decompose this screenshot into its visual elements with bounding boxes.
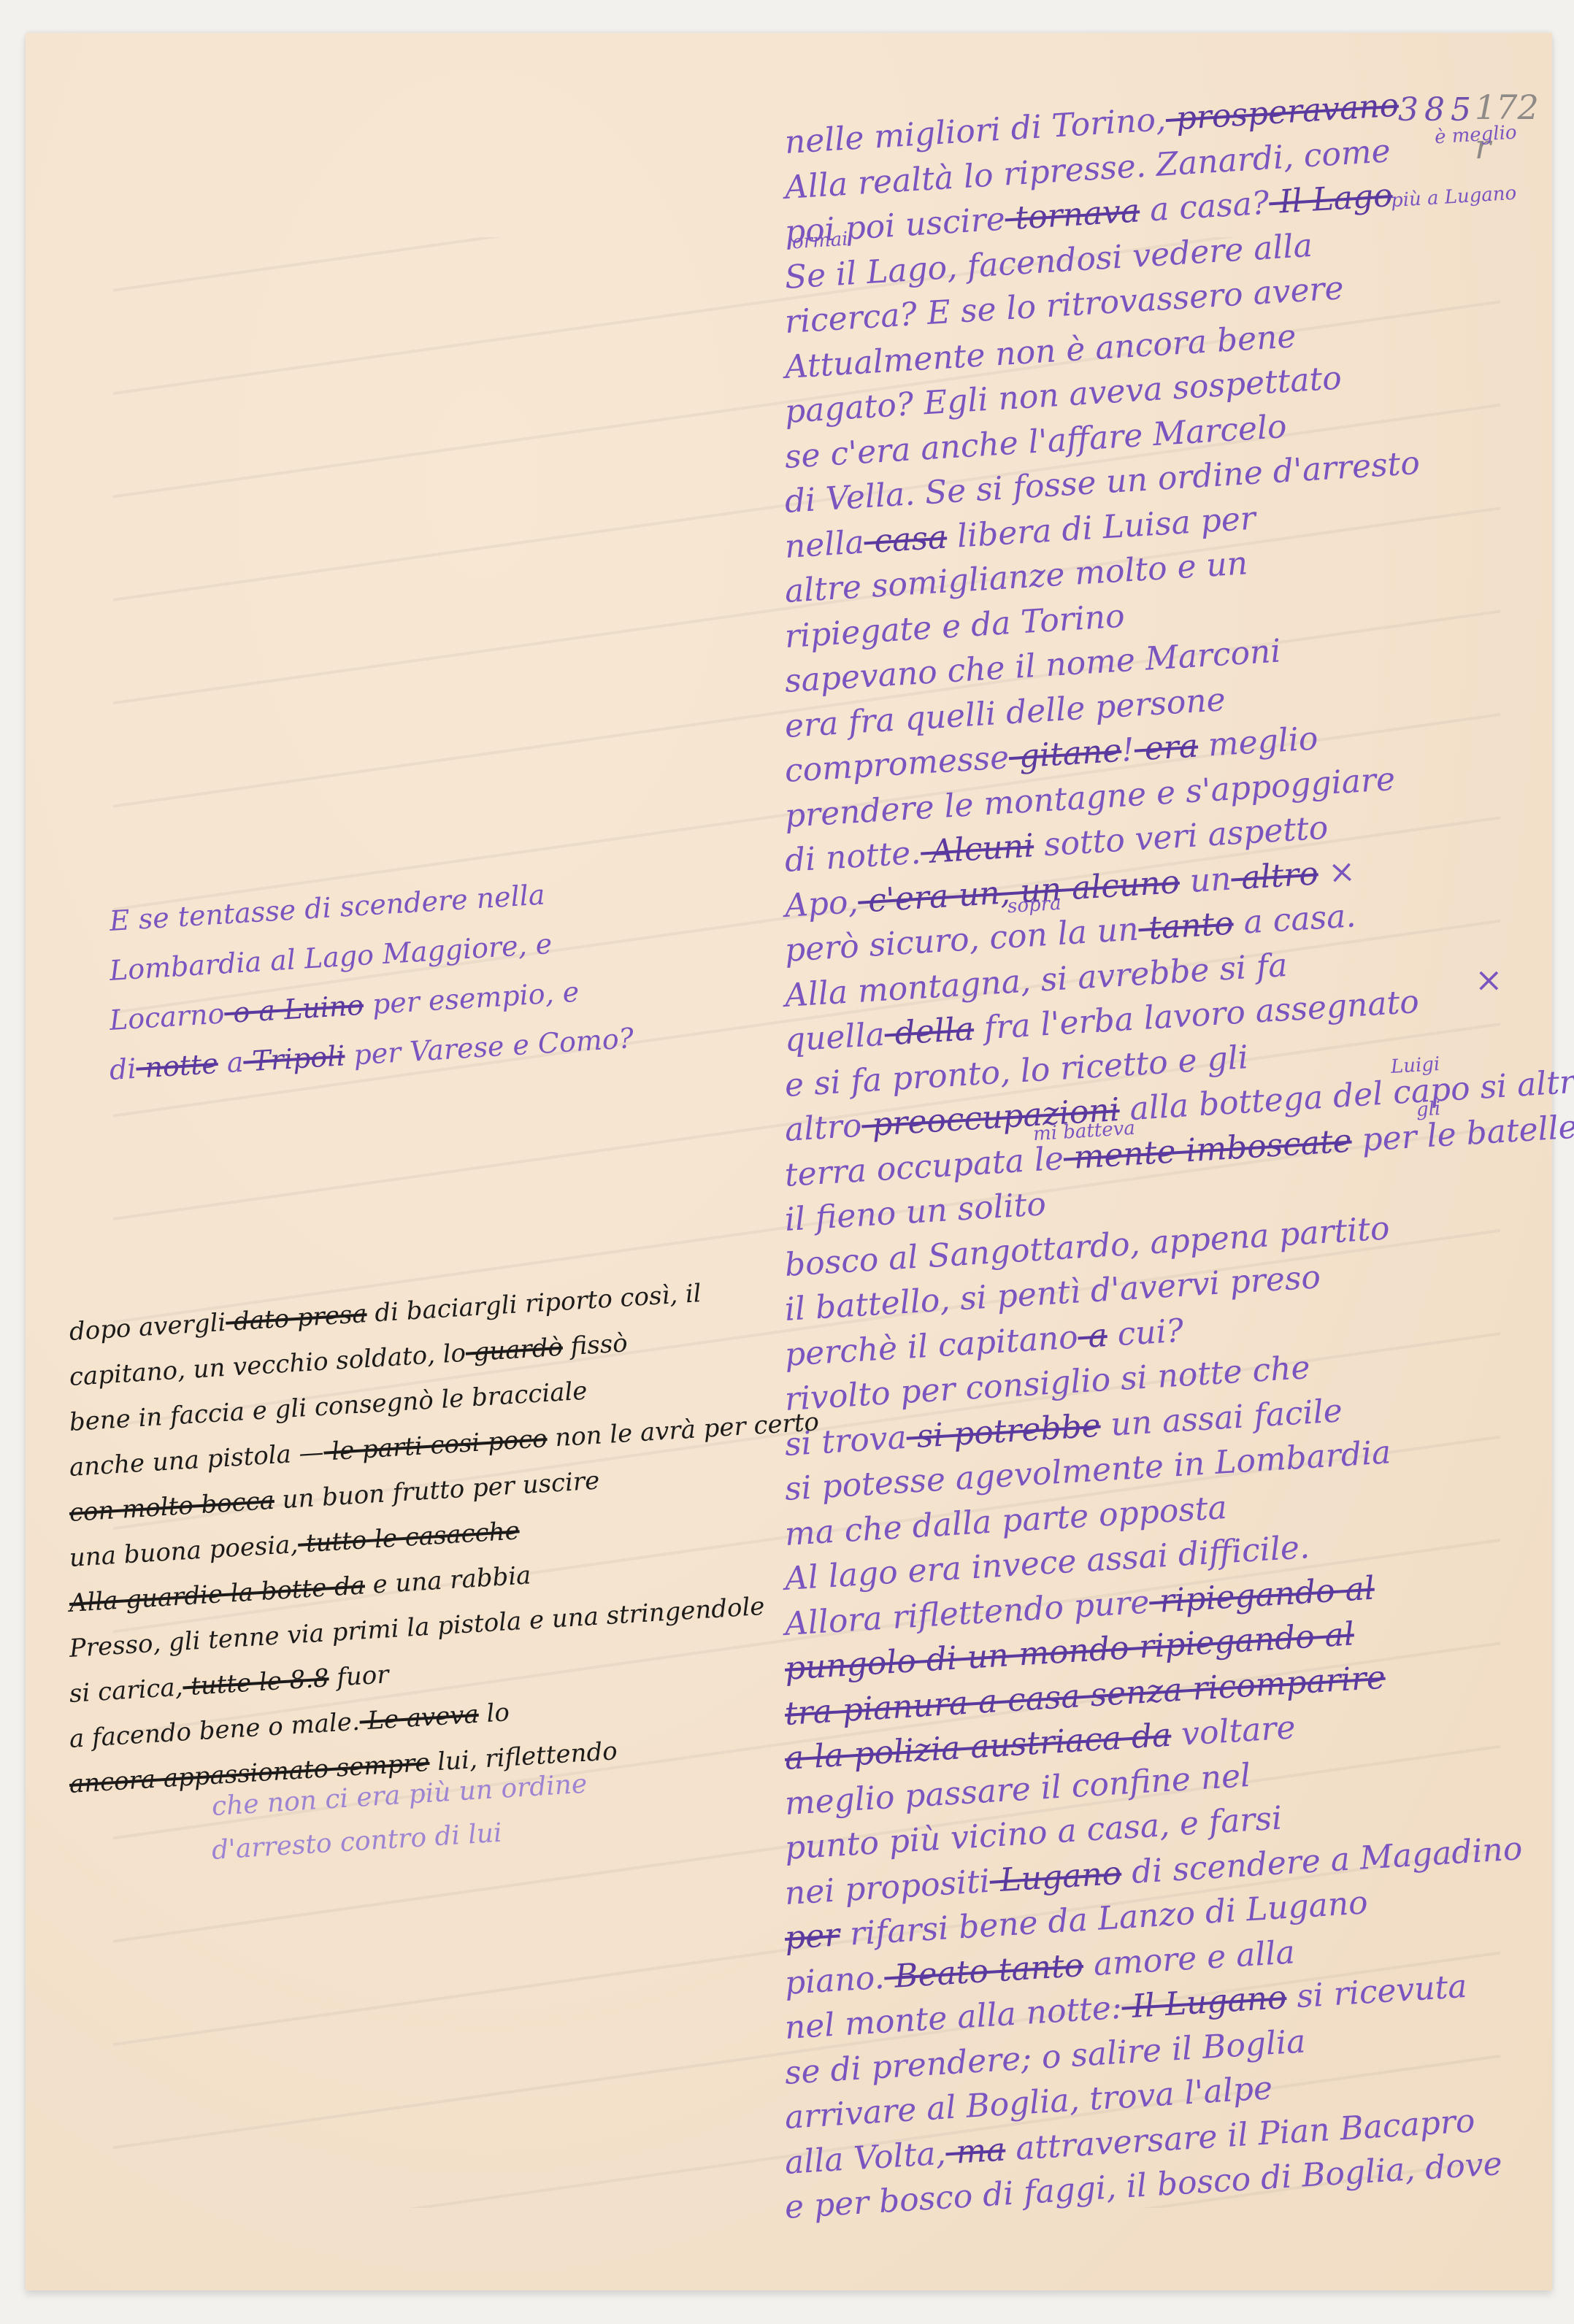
struck-text: le parti cosi poco <box>323 1424 548 1467</box>
struck-text: ma <box>945 2131 1007 2171</box>
line-text: E se tentasse di scendere nella <box>109 879 546 937</box>
line-text: lo <box>477 1698 510 1728</box>
line-text: a facendo bene o male. <box>69 1707 361 1754</box>
struck-text: notte <box>135 1047 219 1085</box>
struck-text: casa <box>863 518 948 561</box>
line-text: un <box>1178 860 1232 900</box>
line-text: si carica, <box>69 1673 184 1709</box>
handwritten-line: d'arresto contro di lui <box>211 1818 503 1866</box>
handwritten-line: a facendo bene o male. Le aveva lo <box>69 1698 510 1754</box>
line-text: di baciargli riporto così, il <box>366 1279 702 1328</box>
line-text: di notte. <box>783 834 921 880</box>
line-text: dopo avergli <box>69 1308 227 1347</box>
line-text: Locarno <box>109 997 226 1036</box>
line-text: per le batelle a <box>1351 1107 1574 1159</box>
line-text: fissò <box>562 1328 629 1361</box>
struck-text: della <box>883 1010 975 1053</box>
line-text: nella <box>783 523 865 566</box>
interlinear-note: sopra <box>1007 893 1062 917</box>
line-text: piano. <box>783 1958 885 2001</box>
struck-text: tutto <box>297 1525 367 1559</box>
line-text: Lombardia al Lago Maggiore, e <box>109 928 553 987</box>
struck-text: tutte le 8.8 <box>182 1663 330 1701</box>
line-text: terra occupata le <box>783 1139 1064 1193</box>
line-text: nei propositi <box>783 1862 991 1912</box>
line-text: × <box>1317 853 1356 892</box>
line-text: per Varese e Como? <box>344 1022 634 1071</box>
line-text: sospettato <box>1162 359 1343 407</box>
line-text: il fieno un solito <box>783 1185 1047 1239</box>
manuscript-sheet: 385 172 r nelle migliori di Torino, pros… <box>26 33 1552 2290</box>
line-text: Apo, <box>783 882 859 924</box>
handwritten-line: si carica, tutte le 8.8 fuor <box>69 1660 390 1709</box>
struck-text: si potrebbe <box>905 1407 1102 1455</box>
interlinear-note: gli <box>1416 1098 1441 1121</box>
line-text: alla Volta, <box>783 2134 946 2181</box>
line-text: altro <box>783 1107 862 1149</box>
handwritten-line: il fieno un solito <box>783 1185 1047 1239</box>
struck-text: per <box>783 1916 840 1956</box>
line-text: sotto veri aspetto <box>1032 809 1329 865</box>
line-text: voltare <box>1170 1709 1297 1753</box>
line-text: d'arresto contro di lui <box>211 1818 503 1866</box>
struck-text: gitane <box>1007 732 1122 776</box>
line-text: a casa? <box>1139 184 1270 229</box>
handwritten-line: una buona poesia, tutto le casacche <box>69 1516 521 1573</box>
struck-text: Tripoli <box>242 1039 346 1077</box>
line-text: non le avrà per certo <box>546 1407 820 1453</box>
struck-text: Alla guardie la botte da <box>69 1571 366 1618</box>
struck-text: guardò <box>465 1333 564 1368</box>
struck-text: a <box>1077 1317 1108 1355</box>
struck-text: Il Lugano <box>1121 1979 1288 2026</box>
handwritten-line: E se tentasse di scendere nella <box>109 879 546 937</box>
struck-text: altro <box>1230 855 1319 897</box>
interlinear-note: ormai <box>791 228 848 254</box>
line-text: si ricevuta <box>1286 1968 1468 2016</box>
line-text: quella <box>783 1016 886 1059</box>
struck-text: Alcuni <box>920 827 1035 871</box>
struck-text: Beato tanto <box>883 1947 1085 1996</box>
line-text: anche una pistola — <box>69 1438 325 1482</box>
interlinear-note: Luigi <box>1390 1053 1440 1078</box>
insertion-cross-mark: × <box>1475 960 1503 999</box>
handwritten-line: Lombardia al Lago Maggiore, e <box>109 928 553 987</box>
struck-text: con molto bocca <box>69 1486 275 1528</box>
line-text: per esempio, e <box>363 976 580 1021</box>
line-text: un assai facile <box>1099 1392 1343 1444</box>
line-text: amore e alla <box>1082 1934 1296 1984</box>
line-text: lui, riflettendo <box>429 1736 618 1777</box>
line-text: meglio <box>1197 720 1318 764</box>
struck-text: Lugano <box>988 1854 1123 1899</box>
struck-text: tornava <box>1004 192 1141 237</box>
struck-text: le casacche <box>366 1516 521 1555</box>
line-text: e una rabbia <box>364 1561 532 1600</box>
struck-text: ripiegando al <box>1148 1569 1376 1620</box>
interlinear-note: più a Lugano <box>1390 182 1517 212</box>
line-text: di <box>109 1053 137 1086</box>
line-text: compromesse <box>783 739 1010 790</box>
line-text: una buona poesia, <box>69 1530 299 1573</box>
handwritten-line: Locarno o a Luino per esempio, e <box>109 976 580 1036</box>
struck-text: era <box>1133 727 1199 768</box>
line-text: fuor <box>328 1660 389 1693</box>
line-text: a <box>217 1046 244 1080</box>
folio-number-ink: 385 <box>1398 91 1477 128</box>
struck-text: dato presa <box>225 1299 368 1337</box>
line-text: capitano, un vecchio soldato, lo <box>69 1339 467 1392</box>
line-text: cui? <box>1106 1312 1185 1353</box>
struck-text: Le aveva <box>358 1700 480 1736</box>
struck-text: tanto <box>1137 904 1235 947</box>
struck-text: o a Luino <box>223 989 364 1030</box>
struck-text: prosperavano <box>1164 87 1400 138</box>
line-text: a casa. <box>1232 897 1357 942</box>
struck-text: Il Lago <box>1268 177 1394 221</box>
line-text: un buon frutto per uscire <box>274 1466 601 1515</box>
